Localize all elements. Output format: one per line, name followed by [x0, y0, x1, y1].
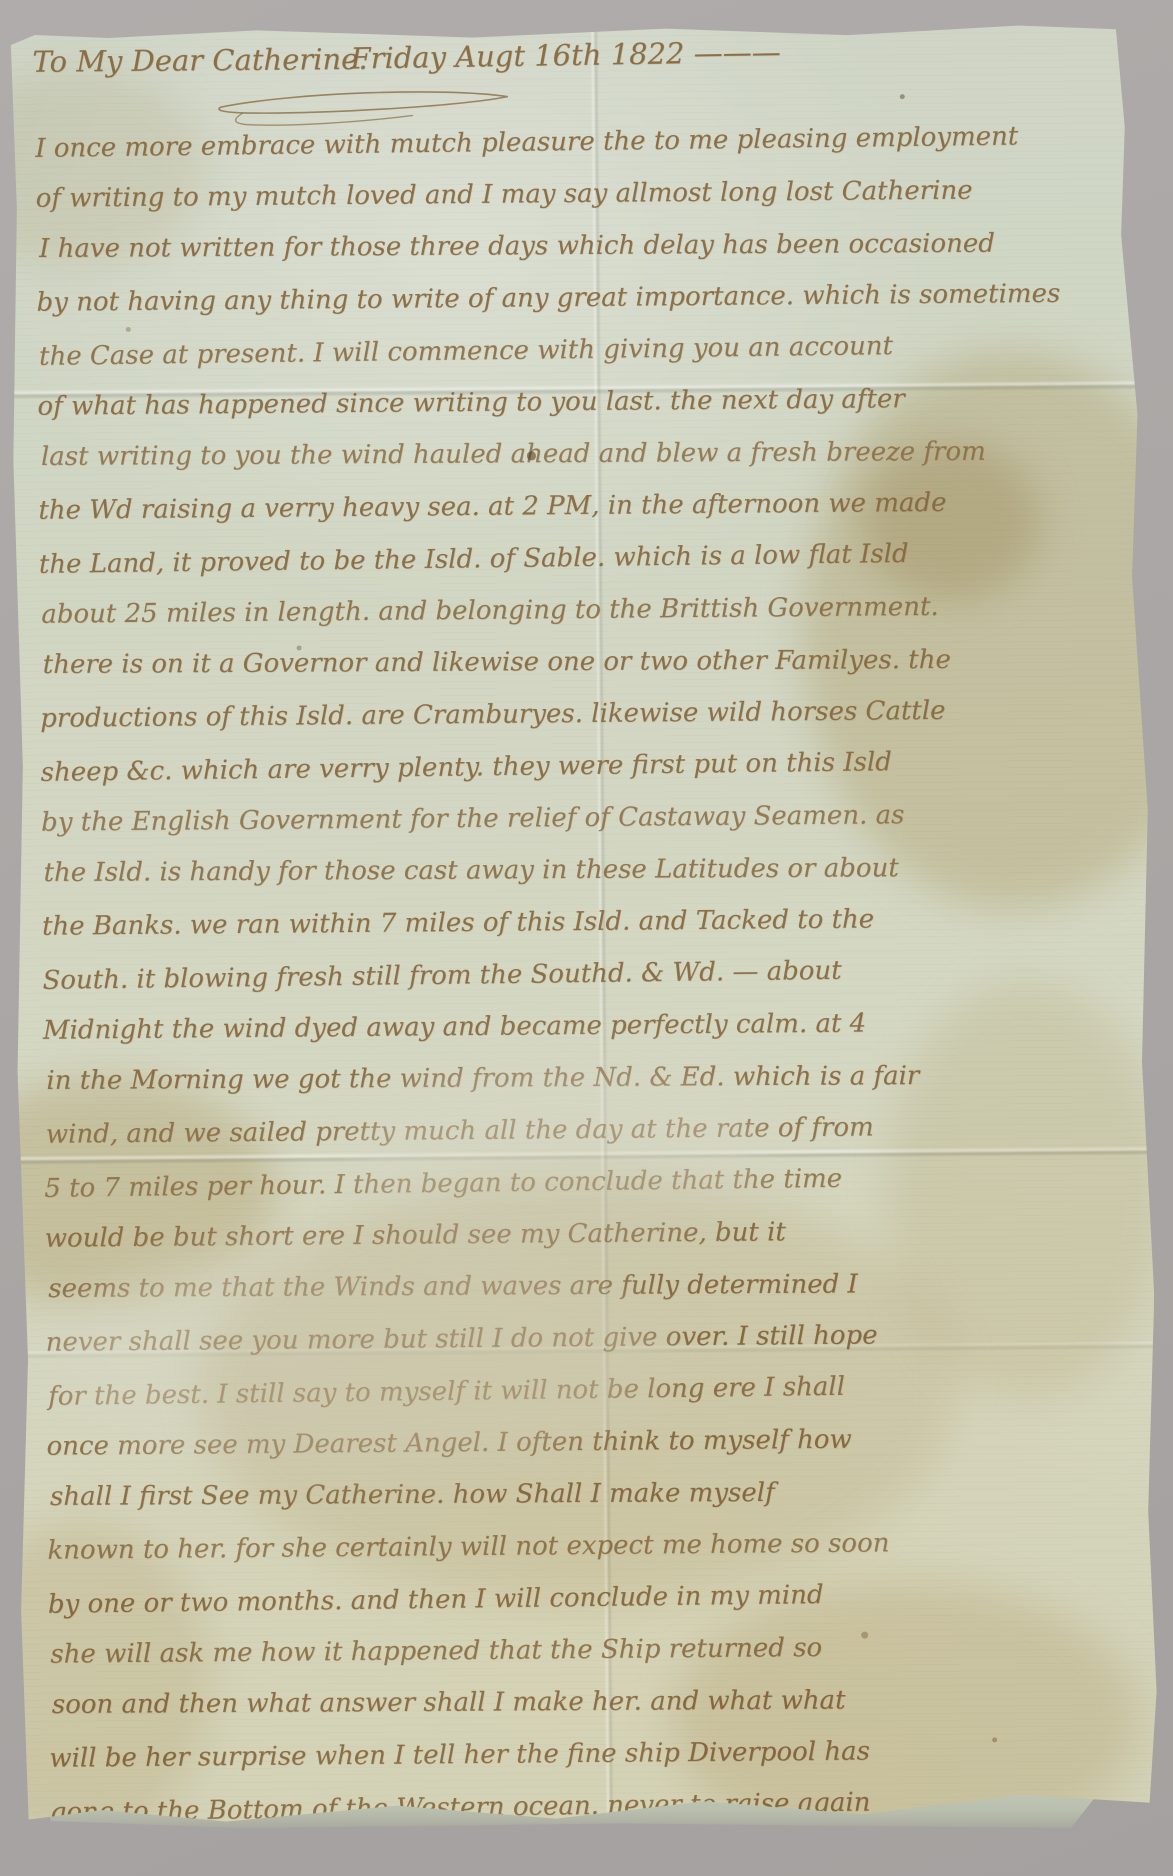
letter-line: there is on it a Governor and likewise o…	[43, 633, 1141, 691]
letter-line: seems to me that the Winds and waves are…	[48, 1257, 1146, 1315]
letter-content: To My Dear Catherine. Friday Augt 16th 1…	[6, 19, 1159, 1827]
letter-line: I have not written for those three days …	[39, 217, 1137, 275]
letter-paper: To My Dear Catherine. Friday Augt 16th 1…	[6, 19, 1159, 1827]
letter-line: shall I first See my Catherine. how Shal…	[50, 1465, 1148, 1523]
date-line: Friday Augt 16th 1822 ———	[350, 35, 781, 76]
letter-body: I once more embrace with mutch pleasure …	[35, 111, 1151, 1827]
letter-line: the Isld. is handy for those cast away i…	[43, 841, 1142, 899]
letter-line: in the Morning we got the wind from the …	[46, 1049, 1144, 1107]
letter-line: she will ask me how it happened that the…	[50, 1619, 1149, 1681]
letter-line: last writing to you the wind hauled ahea…	[41, 425, 1139, 483]
photo-background: To My Dear Catherine. Friday Augt 16th 1…	[0, 0, 1173, 1876]
letter-line: about 25 miles in length. and belonging …	[41, 579, 1140, 641]
recipient-line: To My Dear Catherine.	[32, 42, 367, 79]
ink-specks	[6, 29, 9, 32]
letter-line: by the English Government for the relief…	[41, 787, 1142, 849]
letter-line: soon and then what answer shall I make h…	[52, 1673, 1150, 1731]
